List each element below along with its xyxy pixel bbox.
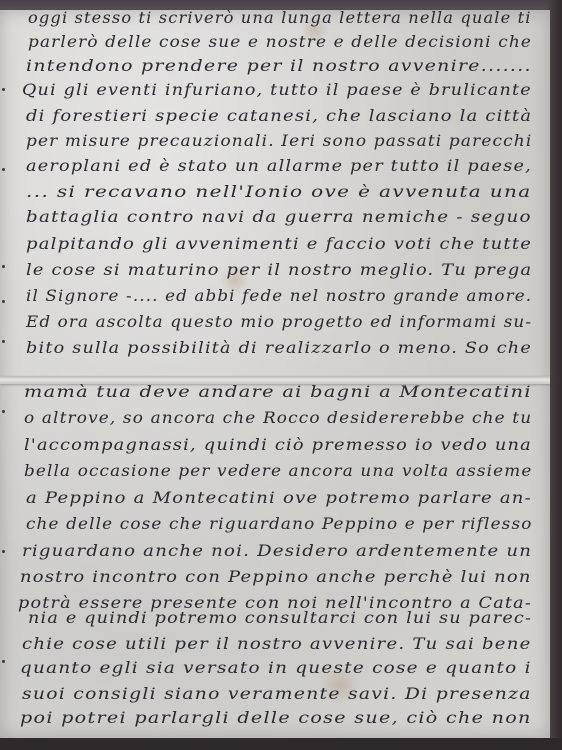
letter-line: il Signore -.... ed abbi fede nel nostro… (26, 286, 532, 305)
letter-line: nia e quindi potremo consultarci con lui… (28, 608, 532, 627)
letter-line: l'accompagnassi, quindi ciò premesso io … (24, 435, 532, 454)
letter-line: intendono prendere per il nostro avvenir… (26, 56, 532, 75)
margin-mark (2, 410, 5, 413)
letter-line: a Peppino a Montecatini ove potremo parl… (26, 488, 532, 507)
letter-line: le cose si maturino per il nostro meglio… (26, 260, 532, 279)
background-bottom-edge (0, 738, 562, 750)
letter-line: oggi stesso ti scriverò una lunga letter… (28, 8, 532, 27)
margin-mark (2, 660, 5, 663)
letter-line: di forestieri specie catanesi, che lasci… (26, 106, 532, 125)
margin-mark (2, 88, 5, 91)
letter-line: poi potrei parlargli delle cose sue, ciò… (20, 708, 532, 727)
margin-mark (2, 168, 5, 171)
margin-mark (2, 265, 5, 268)
letter-line: Qui gli eventi infuriano, tutto il paese… (22, 80, 532, 99)
letter-line: che delle cose che riguardano Peppino e … (26, 514, 533, 533)
letter-line: bella occasione per vedere ancora una vo… (24, 461, 532, 480)
letter-line: parlerò delle cose sue e nostre e delle … (28, 32, 532, 51)
letter-line: aeroplani ed è stato un allarme per tutt… (26, 156, 532, 175)
margin-mark (2, 300, 5, 303)
letter-line: suoi consigli siano veramente savi. Di p… (22, 684, 532, 703)
background-right-edge (548, 0, 562, 750)
letter-line: per misure precauzionali. Ieri sono pass… (26, 131, 532, 150)
letter-paper: oggi stesso ti scriverò una lunga letter… (0, 10, 550, 738)
margin-mark (2, 340, 5, 343)
letter-line: bito sulla possibilità di realizzarlo o … (26, 338, 532, 357)
letter-line: chie cose utili per il nostro avvenire. … (22, 634, 532, 653)
letter-line: mamà tua deve andare ai bagni a Montecat… (24, 382, 532, 401)
letter-line: nostro incontro con Peppino anche perchè… (20, 567, 532, 586)
letter-line: palpitando gli avvenimenti e faccio voti… (26, 234, 532, 253)
letter-line: ... si recavano nell'Ionio ove è avvenut… (26, 182, 532, 201)
letter-line: quanto egli sia versato in queste cose e… (20, 658, 532, 677)
letter-line: battaglia contro navi da guerra nemiche … (26, 207, 532, 226)
letter-line: o altrove, so ancora che Rocco desiderer… (24, 408, 532, 427)
margin-mark (2, 550, 5, 553)
letter-line: riguardano anche noi. Desidero ardenteme… (22, 541, 532, 560)
letter-line: Ed ora ascolta questo mio progetto ed in… (26, 312, 532, 331)
